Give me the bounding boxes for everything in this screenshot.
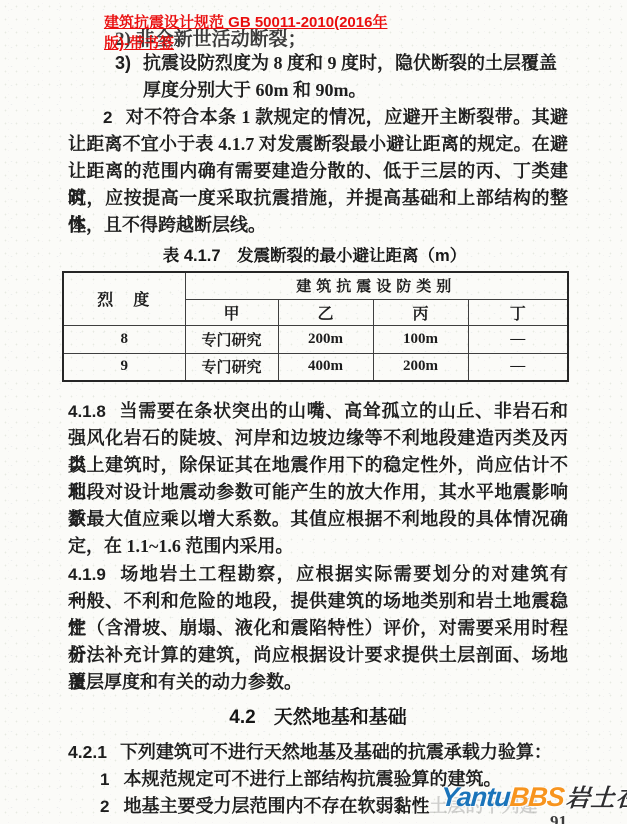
clause-4-1-8-number: 4.1.8 — [68, 402, 106, 421]
table-header-yi: 乙 — [278, 299, 373, 325]
clause-4-1-9-line-1: 4.1.9场地岩土工程勘察，应根据实际需要划分的对建筑有利、 — [68, 561, 568, 588]
clause-4-1-8-line-3: 以上建筑时，除保证其在地震作用下的稳定性外，尚应估计不利 — [68, 452, 568, 479]
table-header-intensity: 烈 度 — [63, 272, 185, 325]
clause-2-line-2: 让距离不宜小于表 4.1.7 对发震断裂最小避让距离的规定。在避 — [68, 131, 568, 158]
item-1-number: 1 — [100, 770, 109, 789]
watermark-line-1: 建筑抗震设计规范 GB 50011-2010(2016年 — [104, 12, 387, 33]
clause-4-1-9-line-3: 性（含滑坡、崩塌、液化和震陷特性）评价，对需要采用时程分 — [68, 615, 568, 642]
clause-4-1-9-line-2: 一般、不利和危险的地段，提供建筑的场地类别和岩土地震稳定 — [68, 588, 568, 615]
section-heading-4-2: 4.2天然地基和基础 — [68, 704, 568, 731]
cell-9-ding: — — [468, 353, 568, 381]
list-item-3-line-1: 3)抗震设防烈度为 8 度和 9 度时，隐伏断裂的土层覆盖 — [115, 50, 615, 77]
clause-4-1-9-line-4: 析法补充计算的建筑，尚应根据设计要求提供土层剖面、场地覆 — [68, 642, 568, 669]
scanned-document-page: 建筑抗震设计规范 GB 50011-2010(2016年 版)-带书签 2) 非… — [0, 0, 627, 824]
clause-4-2-1-number: 4.2.1 — [68, 742, 107, 762]
clause-2-line-4: 时，应按提高一度采取抗震措施，并提高基础和上部结构的整体 — [68, 185, 568, 212]
clause-4-2-1: 4.2.1下列建筑可不进行天然地基及基础的抗震承载力验算： — [68, 739, 568, 766]
cell-9-bing: 200m — [373, 353, 468, 381]
logo-bbs: BBS — [509, 782, 565, 812]
list-item-3-line-2: 厚度分别大于 60m 和 90m。 — [115, 77, 615, 104]
section-4-2-number: 4.2 — [229, 707, 255, 728]
table-header-bing: 丙 — [373, 299, 468, 325]
table-header-category-group: 建筑抗震设防类别 — [185, 272, 568, 299]
clause-4-1-9-line-5: 盖层厚度和有关的动力参数。 — [68, 669, 568, 696]
section-4-2-title: 天然地基和基础 — [274, 707, 407, 728]
clause-4-1-8-line-2: 强风化岩石的陡坡、河岸和边坡边缘等不利地段建造丙类及丙类 — [68, 425, 568, 452]
clause-4-1-8-line-6: 定，在 1.1~1.6 范围内采用。 — [68, 533, 568, 560]
item-3-text: 抗震设防烈度为 8 度和 9 度时，隐伏断裂的土层覆盖 — [143, 53, 557, 73]
clause-4-2-1-text: 下列建筑可不进行天然地基及基础的抗震承载力验算： — [120, 742, 552, 762]
page-number: 91 — [550, 812, 567, 824]
cell-9-yi: 400m — [278, 353, 373, 381]
table-row: 9 专门研究 400m 200m — — [63, 353, 568, 381]
cell-intensity-8: 8 — [63, 325, 185, 353]
clause-4-1-8: 4.1.8当需要在条状突出的山嘴、高耸孤立的山丘、非岩石和 强风化岩石的陡坡、河… — [68, 398, 627, 560]
clause-2-line-3: 让距离的范围内确有需要建造分散的、低于三层的丙、丁类建筑 — [68, 158, 568, 185]
table-header-jia: 甲 — [185, 299, 278, 325]
clause-2-text: 对不符合本条 1 款规定的情况，应避开主断裂带。其避 — [125, 107, 568, 127]
cell-8-yi: 200m — [278, 325, 373, 353]
clause-2-number: 2 — [103, 108, 112, 127]
item-2-text: 地基主要受力层范围内不存在软弱黏性 — [123, 796, 429, 816]
table-header-ding: 丁 — [468, 299, 568, 325]
clause-4-1-9-number: 4.1.9 — [68, 565, 106, 584]
table-4-1-7: 烈 度 建筑抗震设防类别 甲 乙 丙 丁 8 专门研究 200m 100m — — [62, 271, 569, 382]
logo-yantu: Yantu — [440, 782, 511, 812]
clause-4-1-9: 4.1.9场地岩土工程勘察，应根据实际需要划分的对建筑有利、 一般、不利和危险的… — [68, 561, 627, 696]
yantubbs-watermark-logo: YantuBBS岩土在线 — [440, 778, 627, 813]
pdf-bookmark-watermark: 建筑抗震设计规范 GB 50011-2010(2016年 版)-带书签 — [104, 12, 387, 54]
cell-8-bing: 100m — [373, 325, 468, 353]
item-2-number: 2 — [100, 797, 109, 816]
cell-9-jia: 专门研究 — [185, 353, 278, 381]
item-3-marker: 3) — [115, 50, 143, 77]
clause-4-1-8-line-1: 4.1.8当需要在条状突出的山嘴、高耸孤立的山丘、非岩石和 — [68, 398, 568, 425]
table-row: 8 专门研究 200m 100m — — [63, 325, 568, 353]
list-item-3: 3)抗震设防烈度为 8 度和 9 度时，隐伏断裂的土层覆盖 厚度分别大于 60m… — [115, 50, 627, 104]
logo-yantu-online: 岩土在线 — [565, 785, 627, 812]
table-4-1-7-title: 表 4.1.7 发震断裂的最小避让距离（m） — [62, 244, 567, 268]
cell-intensity-9: 9 — [63, 353, 185, 381]
cell-8-ding: — — [468, 325, 568, 353]
clause-paragraph-2: 2对不符合本条 1 款规定的情况，应避开主断裂带。其避 让距离不宜小于表 4.1… — [68, 104, 627, 239]
watermark-line-2: 版)-带书签 — [104, 33, 387, 54]
clause-2-line-5: 性，且不得跨越断层线。 — [68, 212, 568, 239]
clause-4-1-8-text: 当需要在条状突出的山嘴、高耸孤立的山丘、非岩石和 — [119, 401, 568, 421]
page-content: 3)抗震设防烈度为 8 度和 9 度时，隐伏断裂的土层覆盖 厚度分别大于 60m… — [0, 0, 627, 820]
clause-2-line-1: 2对不符合本条 1 款规定的情况，应避开主断裂带。其避 — [68, 104, 568, 131]
cell-8-jia: 专门研究 — [185, 325, 278, 353]
clause-4-1-8-line-4: 地段对设计地震动参数可能产生的放大作用，其水平地震影响系 — [68, 479, 568, 506]
clause-4-1-8-line-5: 数最大值应乘以增大系数。其值应根据不利地段的具体情况确 — [68, 506, 568, 533]
